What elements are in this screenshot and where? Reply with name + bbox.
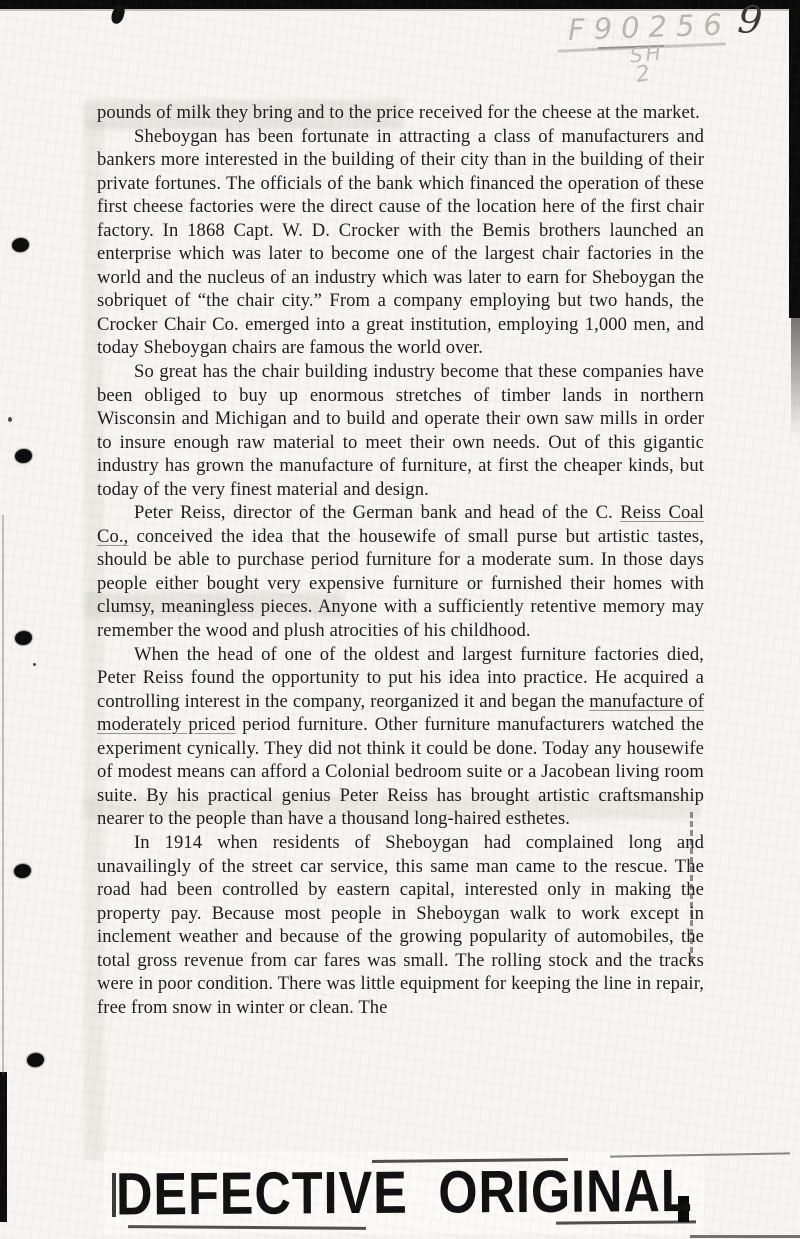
ink-speck: [8, 417, 12, 422]
paragraph-peter-reiss: Peter Reiss, director of the German bank…: [97, 501, 704, 642]
scan-right-edge-fade: [791, 318, 800, 438]
document-text: pounds of milk they bring and to the pri…: [97, 101, 704, 1019]
paragraph-segment: conceived the idea that the housewife of…: [97, 526, 704, 641]
punch-hole-dot: [26, 1052, 45, 1068]
scan-left-edge-line: [2, 515, 4, 1075]
paragraph-furniture-experiment: When the head of one of the oldest and l…: [97, 643, 704, 831]
paragraph-street-car: In 1914 when residents of Sheboygan had …: [97, 831, 704, 1019]
ink-speck: [33, 663, 36, 666]
paragraph-chair-industry: So great has the chair building industry…: [97, 360, 704, 501]
punch-hole-dot: [14, 448, 33, 464]
punch-hole-dot: [11, 237, 30, 253]
punch-hole-dot: [13, 863, 32, 879]
scan-right-edge: [789, 0, 800, 318]
punch-hole-dot: [14, 630, 33, 646]
handwritten-page-number: 9: [736, 0, 764, 43]
margin-dash-marks: [690, 812, 693, 962]
scan-bottom-edge-line: [690, 1235, 800, 1238]
paragraph-sheboygan-fortunate: Sheboygan has been fortunate in attracti…: [97, 125, 704, 360]
paragraph-segment: Peter Reiss, director of the German bank…: [134, 502, 620, 523]
scan-left-edge: [0, 1072, 7, 1222]
scanned-document-page: F90256 SH 2 9 pounds of milk they bring …: [0, 0, 800, 1239]
defective-original-stamp: DEFECTIVE ORIGINAL: [116, 1160, 693, 1226]
paragraph-milk-price: pounds of milk they bring and to the pri…: [97, 101, 704, 125]
